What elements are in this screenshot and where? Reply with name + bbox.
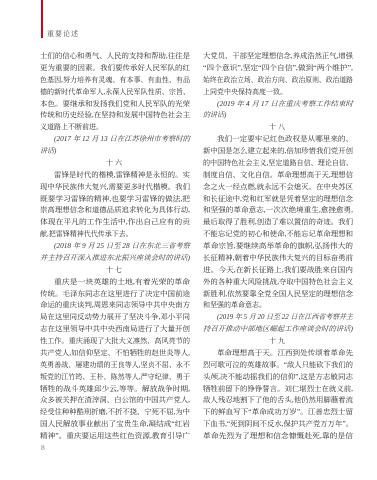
text-line-content: 传统。毛泽东同志在这里进行了决定中国前途 xyxy=(40,289,190,301)
text-line-content: 念之火一经点燃,就永远不会熄灭。在中央苏区 xyxy=(203,182,353,194)
text-line: 革命宗旨,要继续高举革命的旗帜,弘扬伟大的 xyxy=(203,241,353,253)
text-line-content: 现中华民族伟大复兴,需要更多时代楷模。我们 xyxy=(40,182,190,194)
text-line: 献,把雷锋精神代代传承下去。 xyxy=(40,229,190,241)
citation-line: 并主持召开深入推进东北振兴座谈会时的讲话) xyxy=(40,253,190,265)
text-line: 义道路上不断前进。 xyxy=(40,122,190,134)
text-line: 色基因,努力培养有灵魂、有本事、有血性、有品 xyxy=(40,75,190,87)
text-line: 和长征途中,党和红军就是凭着坚定的理想信念 xyxy=(203,194,353,206)
text-line-content: 大党员、干部坚定理想信念,养成浩然正气,增强 xyxy=(203,51,353,63)
text-line: 不能忘记党的初心和使命,不能忘记革命理想和 xyxy=(203,229,353,241)
text-line-content: 局在这里同反动势力展开了坚决斗争,邓小平同 xyxy=(40,312,190,324)
text-line: 念之火一经点燃,就永远不会熄灭。在中央苏区 xyxy=(203,182,353,194)
text-line-content: 十八 xyxy=(269,122,287,134)
text-line: 最后取得了胜利,创造了难以置信的奇迹。我们 xyxy=(203,217,353,229)
text-line-content: 雷锋是时代的楷模,雷锋精神是永恒的。实 xyxy=(54,170,190,182)
text-line: 下血书,“死到阴间不反水,保护共产党万万年”。 xyxy=(203,419,353,431)
text-line: 重庆是一块英雄的土地,有着光荣的革命 xyxy=(40,277,190,289)
text-line: 牺牲的战斗英雄邱少云,等等。解放战争时期, xyxy=(40,384,190,396)
text-line: 始终在政治立场、政治方向、政治原则、政治道路 xyxy=(203,75,353,87)
text-line-content: 更为重要的因素。我们要传承好人民军队的红 xyxy=(40,63,190,75)
text-line: 更为重要的因素。我们要传承好人民军队的红 xyxy=(40,63,190,75)
text-line: 本色。要继承和发扬我们党和人民军队的光荣 xyxy=(40,99,190,111)
text-line-content: 牺牲的战斗英雄邱少云,等等。解放战争时期, xyxy=(40,384,190,396)
text-line: 国人民解放事业献出了宝贵生命,凝结成“红岩 xyxy=(40,419,190,431)
text-line: 下的鲜血写下“革命成功万岁”。江善忠烈士留 xyxy=(203,407,353,419)
text-line-content: 制度自信、文化自信。革命理想高于天,理想信 xyxy=(203,170,353,182)
text-line: 叛党的江竹筠、王朴、陈然等人,严守纪律、勇于 xyxy=(40,372,190,384)
text-line-content: “四个意识”,坚定“四个自信”,做到“两个维护”, xyxy=(203,63,353,75)
text-line: 新中国是怎么建立起来的,倍加珍惜我们党开创 xyxy=(203,146,353,158)
text-line: 志在这里领导中共中央西南局进行了大量开创 xyxy=(40,324,190,336)
text-column-left: 士们的信心和勇气、人民的支持和帮助,往往是更为重要的因素。我们要传承好人民军队的… xyxy=(40,51,190,443)
text-line: 敌人残忍地割下了他的舌头,他仍然用脚蘸着流 xyxy=(203,395,353,407)
text-line: 制度自信、文化自信。革命理想高于天,理想信 xyxy=(203,170,353,182)
text-line-content: 外的各种重大风险挑战,夺取中国特色社会主义 xyxy=(203,277,353,289)
text-line: 和坚强的革命意志。 xyxy=(203,300,353,312)
text-line: 德的新时代革命军人,永葆人民军队性质、宗旨、 xyxy=(40,87,190,99)
chapter-accent-bar xyxy=(41,0,43,38)
text-line-content: (2019 年 5 月 20 日至 22 日在江西省考察并主 xyxy=(217,312,353,324)
text-line: 众多被关押在渣滓洞、白公馆的中国共产党人, xyxy=(40,395,190,407)
text-line-content: 革命理想高于天。江西到处传颂着革命先 xyxy=(217,348,353,360)
text-line-content: 既要学习雷锋的精神,也要学习雷锋的做法,把 xyxy=(40,194,190,206)
text-line-content: 体现在平凡的工作生活中,作出自己应有的贡 xyxy=(40,217,190,229)
text-line-content: 头颅,决不能动摇我们的信仰”,这是方志敏同志 xyxy=(203,372,353,384)
text-line-content: 共产党人,如信仰坚定、不怕牺牲的赵世炎等人, xyxy=(40,348,190,360)
text-column-right: 大党员、干部坚定理想信念,养成浩然正气,增强“四个意识”,坚定“四个自信”,做到… xyxy=(203,51,353,443)
text-line: 英勇善战、屡建功绩的王良等人,坚贞不屈、永不 xyxy=(40,360,190,372)
text-line-content: 不能忘记党的初心和使命,不能忘记革命理想和 xyxy=(203,229,353,241)
text-line-content: 并主持召开深入推进东北振兴座谈会时的讲话) xyxy=(40,253,190,265)
text-line: 精神”。重庆要运用这些红色资源,教育引导广 xyxy=(40,431,190,443)
text-line: 雷锋是时代的楷模,雷锋精神是永恒的。实 xyxy=(40,170,190,182)
text-line-content: 烈可歌可泣的英雄故事。“敌人只能砍下我们的 xyxy=(203,360,353,372)
text-line-content: 下血书,“死到阴间不反水,保护共产党万万年”。 xyxy=(203,419,353,431)
chapter-title: 重要论述 xyxy=(47,30,79,39)
text-line: 局在这里同反动势力展开了坚决斗争,邓小平同 xyxy=(40,312,190,324)
text-line: 现中华民族伟大复兴,需要更多时代楷模。我们 xyxy=(40,182,190,194)
text-line-content: 持召开推动中部地区崛起工作座谈会时的讲话) xyxy=(203,324,353,336)
text-line: 头颅,决不能动摇我们的信仰”,这是方志敏同志 xyxy=(203,372,353,384)
text-line-content: 十六 xyxy=(106,158,124,170)
text-line: 大党员、干部坚定理想信念,养成浩然正气,增强 xyxy=(203,51,353,63)
text-line-content: 和坚强的革命意志,一次次绝境重生,愈挫愈勇, xyxy=(203,205,353,217)
text-line: 上同党中央保持高度一致。 xyxy=(203,87,353,99)
text-line-content: 十九 xyxy=(269,336,287,348)
text-line: 士们的信心和勇气、人民的支持和帮助,往往是 xyxy=(40,51,190,63)
section-heading: 十六 xyxy=(40,158,190,170)
text-line-content: 和坚强的革命意志。 xyxy=(203,300,266,312)
text-line-content: 士们的信心和勇气、人民的支持和帮助,往往是 xyxy=(40,51,190,63)
text-line-content: 和长征途中,党和红军就是凭着坚定的理想信念 xyxy=(203,194,353,206)
text-line-content: 性工作。重庆涌现了大批大义凛然、高风亮节的 xyxy=(40,336,190,348)
text-line-content: 传统和历史经验,在坚持和发展中国特色社会主 xyxy=(40,110,190,122)
text-line-content: 本色。要继承和发扬我们党和人民军队的光荣 xyxy=(40,99,190,111)
text-line: 外的各种重大风险挑战,夺取中国特色社会主义 xyxy=(203,277,353,289)
citation-line: (2019 年 4 月 17 日在重庆考察工作结束时 xyxy=(203,99,353,111)
citation-line: (2019 年 5 月 20 日至 22 日在江西省考察并主 xyxy=(203,312,353,324)
text-line-content: 义道路上不断前进。 xyxy=(40,122,103,134)
text-line-content: 革命宗旨,要继续高举革命的旗帜,弘扬伟大的 xyxy=(203,241,353,253)
text-line: 和坚强的革命意志,一次次绝境重生,愈挫愈勇, xyxy=(203,205,353,217)
citation-line: 讲话) xyxy=(40,146,190,158)
text-line: 我们一定要牢记红色政权是从哪里来的、 xyxy=(203,134,353,146)
text-line: 新胜利,依然要靠全党全国人民坚定的理想信念 xyxy=(203,289,353,301)
text-line-content: 命运的重庆谈判,周恩来同志领导中共中央南方 xyxy=(40,300,190,312)
text-line-content: 进。今天,在新长征路上,我们要战胜来自国内 xyxy=(203,265,353,277)
section-heading: 十九 xyxy=(203,336,353,348)
text-line: 性工作。重庆涌现了大批大义凛然、高风亮节的 xyxy=(40,336,190,348)
text-line-content: 下的鲜血写下“革命成功万岁”。江善忠烈士留 xyxy=(203,407,353,419)
text-line-content: (2019 年 4 月 17 日在重庆考察工作结束时 xyxy=(217,99,353,111)
text-line: 经受住种种酷刑折磨,不折不挠、宁死不屈,为中 xyxy=(40,407,190,419)
text-line: 崇高理想信念和道德品质追求转化为具体行动, xyxy=(40,205,190,217)
text-line: 共产党人,如信仰坚定、不怕牺牲的赵世炎等人, xyxy=(40,348,190,360)
section-heading: 十七 xyxy=(40,265,190,277)
text-line-content: 英勇善战、屡建功绩的王良等人,坚贞不屈、永不 xyxy=(40,360,190,372)
book-page: 重要论述 士们的信心和勇气、人民的支持和帮助,往往是更为重要的因素。我们要传承好… xyxy=(0,0,377,480)
text-line-content: 牺牲前留下的铮铮誓言。刘仁堪烈士在就义前, xyxy=(203,384,353,396)
section-heading: 十八 xyxy=(203,122,353,134)
text-line-content: (2017 年 12 月 13 日在江苏徐州市考察时的 xyxy=(54,134,190,146)
text-line-content: 讲话) xyxy=(40,146,56,158)
text-line-content: 经受住种种酷刑折磨,不折不挠、宁死不屈,为中 xyxy=(40,407,190,419)
text-line-content: 新中国是怎么建立起来的,倍加珍惜我们党开创 xyxy=(203,146,353,158)
text-line-content: 志在这里领导中共中央西南局进行了大量开创 xyxy=(40,324,190,336)
text-line-content: 德的新时代革命军人,永葆人民军队性质、宗旨、 xyxy=(40,87,190,99)
text-line-content: 革命先烈为了理想和信念慷慨赴死,靠的是信 xyxy=(203,431,353,443)
text-line-content: 长征精神,朝着中华民族伟大复兴的目标奋勇前 xyxy=(203,253,353,265)
text-line: 传统和历史经验,在坚持和发展中国特色社会主 xyxy=(40,110,190,122)
text-line-content: 国人民解放事业献出了宝贵生命,凝结成“红岩 xyxy=(40,419,190,431)
text-line-content: 我们一定要牢记红色政权是从哪里来的、 xyxy=(217,134,353,146)
text-line: 牺牲前留下的铮铮誓言。刘仁堪烈士在就义前, xyxy=(203,384,353,396)
text-line-content: 精神”。重庆要运用这些红色资源,教育引导广 xyxy=(40,431,190,443)
text-line: 既要学习雷锋的精神,也要学习雷锋的做法,把 xyxy=(40,194,190,206)
text-line: 烈可歌可泣的英雄故事。“敌人只能砍下我们的 xyxy=(203,360,353,372)
citation-line: 持召开推动中部地区崛起工作座谈会时的讲话) xyxy=(203,324,353,336)
text-line-content: 的中国特色社会主义,坚定道路自信、理论自信、 xyxy=(203,158,353,170)
text-line: “四个意识”,坚定“四个自信”,做到“两个维护”, xyxy=(203,63,353,75)
text-line: 长征精神,朝着中华民族伟大复兴的目标奋勇前 xyxy=(203,253,353,265)
citation-line: (2018 年 9 月 25 日至 28 日在东北三省考察 xyxy=(40,241,190,253)
text-line-content: (2018 年 9 月 25 日至 28 日在东北三省考察 xyxy=(54,241,190,253)
text-line: 革命先烈为了理想和信念慷慨赴死,靠的是信 xyxy=(203,431,353,443)
text-line: 进。今天,在新长征路上,我们要战胜来自国内 xyxy=(203,265,353,277)
text-line-content: 最后取得了胜利,创造了难以置信的奇迹。我们 xyxy=(203,217,353,229)
text-line-content: 众多被关押在渣滓洞、白公馆的中国共产党人, xyxy=(40,395,190,407)
page-number: 8 xyxy=(41,443,45,452)
text-line: 传统。毛泽东同志在这里进行了决定中国前途 xyxy=(40,289,190,301)
text-line-content: 色基因,努力培养有灵魂、有本事、有血性、有品 xyxy=(40,75,190,87)
text-line-content: 上同党中央保持高度一致。 xyxy=(203,87,287,99)
text-line: 的中国特色社会主义,坚定道路自信、理论自信、 xyxy=(203,158,353,170)
citation-line: (2017 年 12 月 13 日在江苏徐州市考察时的 xyxy=(40,134,190,146)
text-line-content: 叛党的江竹筠、王朴、陈然等人,严守纪律、勇于 xyxy=(40,372,190,384)
text-line: 命运的重庆谈判,周恩来同志领导中共中央南方 xyxy=(40,300,190,312)
text-line-content: 始终在政治立场、政治方向、政治原则、政治道路 xyxy=(203,75,353,87)
text-line-content: 敌人残忍地割下了他的舌头,他仍然用脚蘸着流 xyxy=(203,395,353,407)
citation-line: 的讲话) xyxy=(203,110,353,122)
text-line-content: 献,把雷锋精神代代传承下去。 xyxy=(40,229,133,241)
text-line-content: 重庆是一块英雄的土地,有着光荣的革命 xyxy=(54,277,190,289)
text-line-content: 新胜利,依然要靠全党全国人民坚定的理想信念 xyxy=(203,289,353,301)
text-line-content: 十七 xyxy=(106,265,124,277)
text-line: 革命理想高于天。江西到处传颂着革命先 xyxy=(203,348,353,360)
text-line: 体现在平凡的工作生活中,作出自己应有的贡 xyxy=(40,217,190,229)
text-line-content: 的讲话) xyxy=(203,110,226,122)
text-line-content: 崇高理想信念和道德品质追求转化为具体行动, xyxy=(40,205,190,217)
